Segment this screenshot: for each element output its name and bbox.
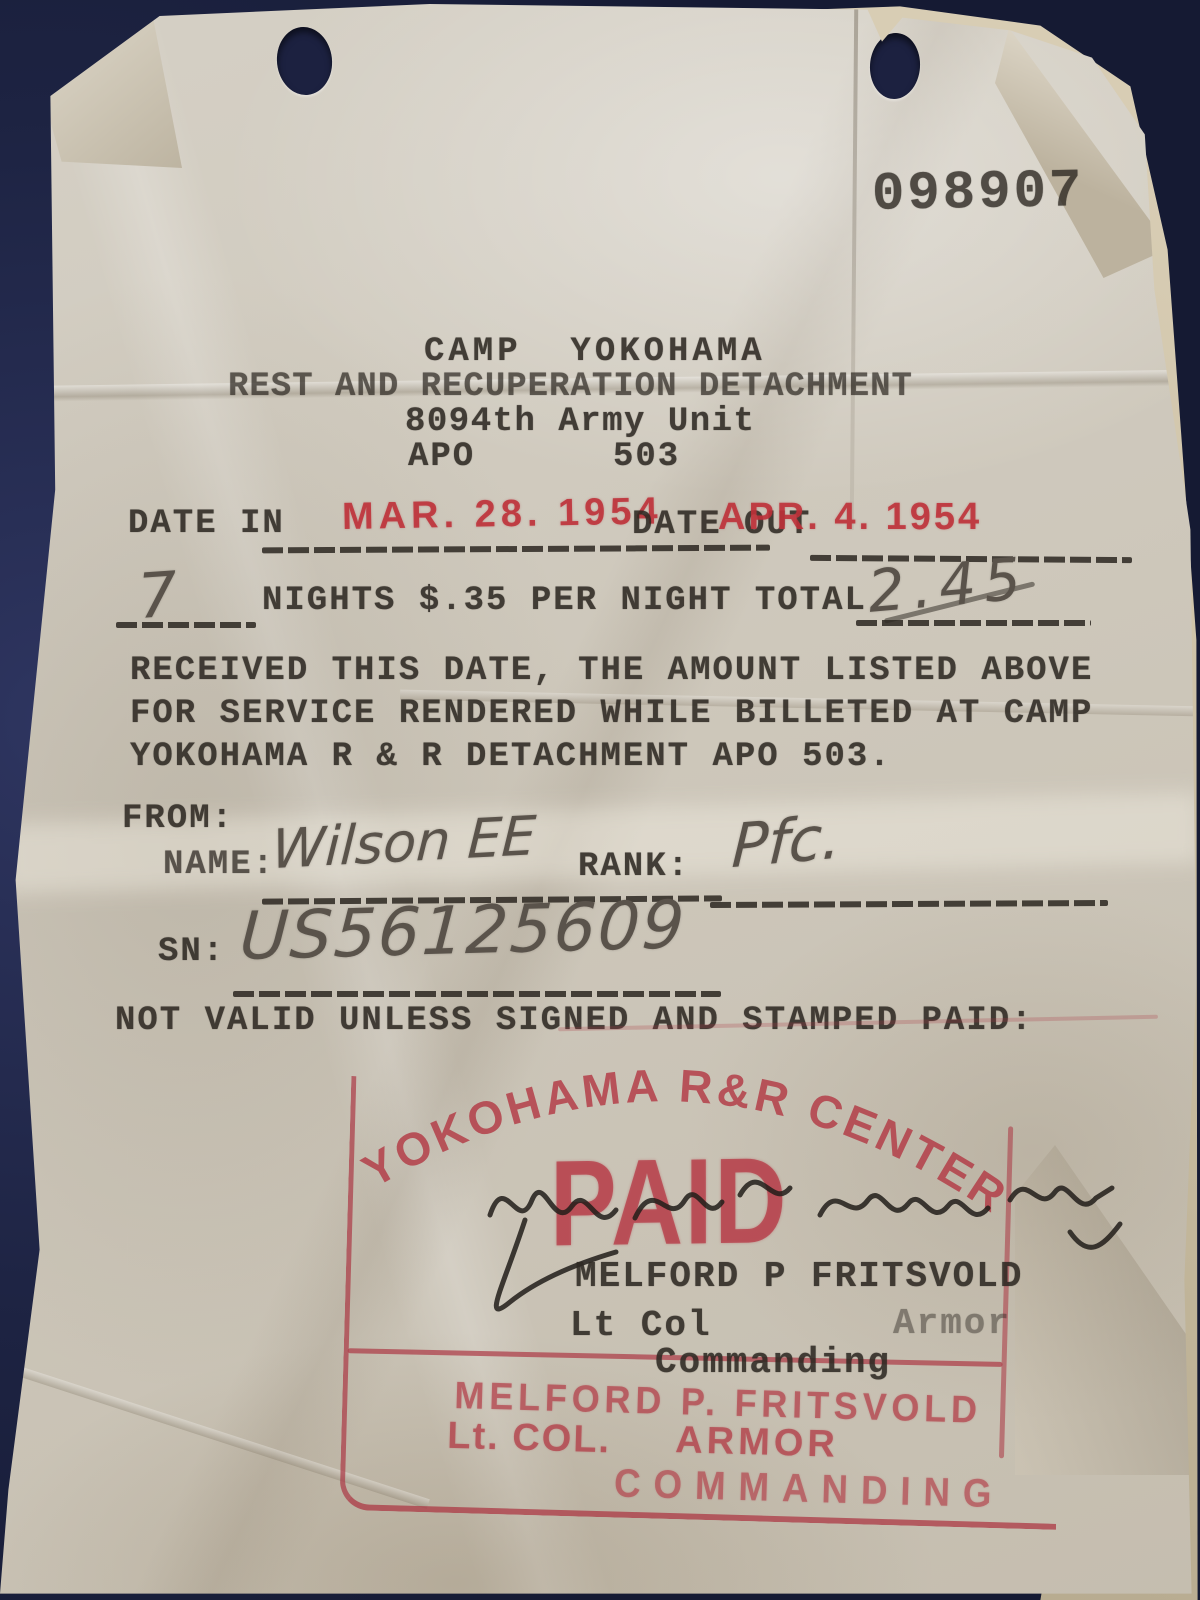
- nights-value-handwritten: 7: [135, 557, 179, 633]
- total-underline: [856, 620, 1091, 626]
- officer-rank-typed: Lt Col: [570, 1305, 712, 1346]
- paragraph-line: FOR SERVICE RENDERED WHILE BILLETED AT C…: [130, 695, 1093, 733]
- corner-fold: [42, 8, 182, 168]
- org-name: CAMP YOKOHAMA: [424, 333, 766, 371]
- punch-hole-right: [868, 31, 922, 100]
- rank-underline: [710, 900, 1108, 908]
- stamp-officer-branch: ARMOR: [675, 1419, 840, 1467]
- sn-value-handwritten: US56125609: [238, 886, 689, 975]
- corner-fold: [995, 28, 1170, 278]
- apo-label: APO: [408, 438, 475, 476]
- stamp-officer-rank: Lt. COL.: [447, 1415, 612, 1463]
- name-value-handwritten: Wilson EE: [270, 804, 537, 881]
- date-in-underline: [262, 545, 770, 554]
- rank-label: RANK:: [578, 848, 690, 886]
- crease-line: [850, 0, 859, 530]
- officer-title-typed: Commanding: [655, 1342, 891, 1383]
- paragraph-line: RECEIVED THIS DATE, THE AMOUNT LISTED AB…: [130, 652, 1093, 690]
- officer-branch-typed: Armor: [893, 1303, 1011, 1344]
- nights-underline: [116, 622, 256, 628]
- rank-value-handwritten: Pfc.: [730, 802, 843, 882]
- serial-number: 098907: [871, 161, 1084, 226]
- apo-number: 503: [613, 438, 680, 476]
- paragraph-line: YOKOHAMA R & R DETACHMENT APO 503.: [130, 738, 892, 776]
- officer-name-typed: MELFORD P FRITSVOLD: [575, 1256, 1023, 1297]
- date-in-label: DATE IN: [128, 505, 285, 543]
- sn-underline: [233, 991, 721, 997]
- total-value-handwritten: 2.45: [865, 544, 1031, 626]
- punch-hole-left: [274, 24, 336, 97]
- signature-ink: [430, 1140, 1130, 1340]
- nights-rate-label: NIGHTS $.35 PER NIGHT TOTAL: [262, 582, 867, 620]
- receipt-paper: 098907 CAMP YOKOHAMA REST AND RECUPERATI…: [0, 0, 1200, 1600]
- date-in-stamp: MAR. 28. 1954: [342, 490, 663, 539]
- photo-background: { "document": { "serial_number": "098907…: [0, 0, 1200, 1600]
- sn-label: SN:: [158, 933, 225, 971]
- detachment-name: REST AND RECUPERATION DETACHMENT: [228, 368, 913, 406]
- unit-name: 8094th Army Unit: [405, 403, 755, 441]
- from-label: FROM:: [122, 800, 234, 838]
- name-label: NAME:: [163, 846, 275, 884]
- date-out-stamp: APR. 4. 1954: [718, 496, 982, 539]
